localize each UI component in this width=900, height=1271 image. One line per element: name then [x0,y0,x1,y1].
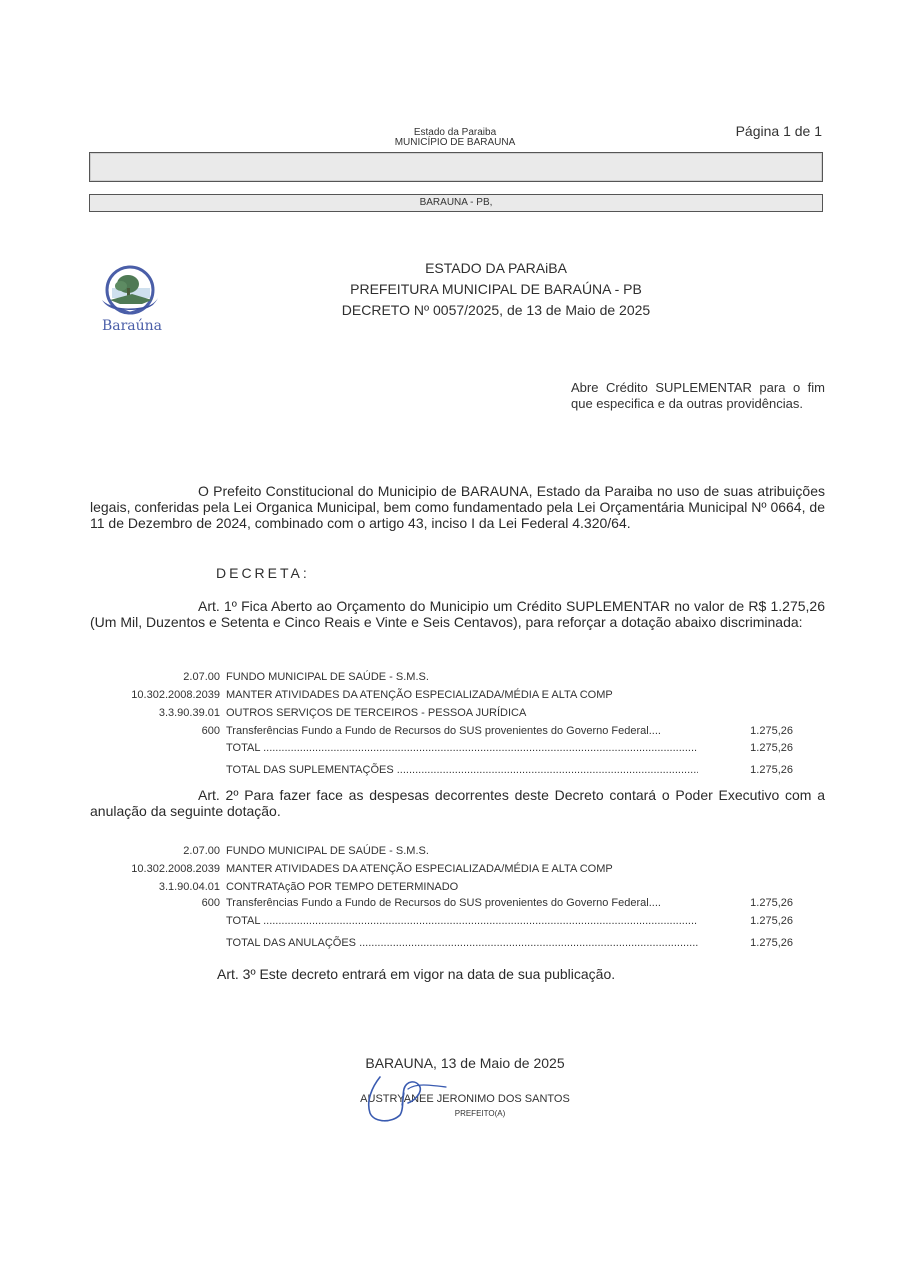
total-amount: 1.275,26 [710,914,793,928]
table-row: 10.302.2008.2039 MANTER ATIVIDADES DA AT… [90,688,810,702]
article-2-text: Art. 2º Para fazer face as despesas deco… [90,787,825,819]
row-code: 2.07.00 [90,844,220,858]
heading-state: ESTADO DA PARAiBA [300,258,692,279]
row-description: CONTRATAçãO POR TEMPO DETERMINADO [226,880,706,894]
table-row: 3.3.90.39.01 OUTROS SERVIÇOS DE TERCEIRO… [90,706,810,720]
preamble-text: O Prefeito Constitucional do Municipio d… [90,483,825,531]
decreta-label: DECRETA: [216,565,310,581]
signature-place-date: BARAUNA, 13 de Maio de 2025 [300,1055,630,1071]
source-description: Transferências Fundo a Fundo de Recursos… [226,896,706,910]
source-row: 600 Transferências Fundo a Fundo de Recu… [90,724,810,738]
source-description: Transferências Fundo a Fundo de Recursos… [226,724,706,738]
total-label: TOTAL [226,914,698,928]
grand-total-row: TOTAL DAS ANULAÇÕES 1.275,26 [90,936,810,950]
table-row: 3.1.90.04.01 CONTRATAçãO POR TEMPO DETER… [90,880,810,894]
source-amount: 1.275,26 [710,896,793,910]
heading-prefeitura: PREFEITURA MUNICIPAL DE BARAÚNA - PB [300,279,692,300]
grand-total-amount: 1.275,26 [710,763,793,777]
article-2: Art. 2º Para fazer face as despesas deco… [90,787,825,819]
page-indicator: Página 1 de 1 [690,123,822,139]
grand-total-label: TOTAL DAS SUPLEMENTAÇÕES [226,763,698,777]
logo-text: Baraúna [94,318,170,334]
total-amount: 1.275,26 [710,741,793,755]
source-code: 600 [90,724,220,738]
row-description: OUTROS SERVIÇOS DE TERCEIROS - PESSOA JU… [226,706,706,720]
signatory-role: PREFEITO(A) [300,1109,630,1118]
header-municipality: MUNICÍPIO DE BARAUNA [300,138,610,148]
row-description: FUNDO MUNICIPAL DE SAÚDE - S.M.S. [226,844,706,858]
preamble: O Prefeito Constitucional do Municipio d… [90,483,825,531]
decree-heading: ESTADO DA PARAiBA PREFEITURA MUNICIPAL D… [300,258,692,321]
source-amount: 1.275,26 [710,724,793,738]
heading-decree-number: DECRETO Nº 0057/2025, de 13 de Maio de 2… [300,300,692,321]
row-code: 10.302.2008.2039 [90,688,220,702]
row-description: MANTER ATIVIDADES DA ATENÇÃO ESPECIALIZA… [226,862,706,876]
signature-scribble-icon [358,1075,448,1125]
table-row: 10.302.2008.2039 MANTER ATIVIDADES DA AT… [90,862,810,876]
header-blank-box [89,152,823,182]
article-3: Art. 3º Este decreto entrará em vigor na… [217,966,615,982]
table-row: 2.07.00 FUNDO MUNICIPAL DE SAÚDE - S.M.S… [90,670,810,684]
total-label: TOTAL [226,741,698,755]
grand-total-row: TOTAL DAS SUPLEMENTAÇÕES 1.275,26 [90,763,810,777]
grand-total-amount: 1.275,26 [710,936,793,950]
signatory-name: AUSTRYANEE JERONIMO DOS SANTOS [300,1093,630,1105]
row-code: 3.1.90.04.01 [90,880,220,894]
article-1-text: Art. 1º Fica Aberto ao Orçamento do Muni… [90,598,825,630]
row-code: 3.3.90.39.01 [90,706,220,720]
total-row: TOTAL 1.275,26 [90,741,810,755]
row-code: 2.07.00 [90,670,220,684]
table-row: 2.07.00 FUNDO MUNICIPAL DE SAÚDE - S.M.S… [90,844,810,858]
row-description: MANTER ATIVIDADES DA ATENÇÃO ESPECIALIZA… [226,688,706,702]
total-row: TOTAL 1.275,26 [90,914,810,928]
source-code: 600 [90,896,220,910]
grand-total-label: TOTAL DAS ANULAÇÕES [226,936,698,950]
article-1: Art. 1º Fica Aberto ao Orçamento do Muni… [90,598,825,630]
row-code: 10.302.2008.2039 [90,862,220,876]
source-row: 600 Transferências Fundo a Fundo de Recu… [90,896,810,910]
header-location-box: BARAUNA - PB, [89,194,823,212]
ementa: Abre Crédito SUPLEMENTAR para o fim que … [571,380,825,412]
row-description: FUNDO MUNICIPAL DE SAÚDE - S.M.S. [226,670,706,684]
